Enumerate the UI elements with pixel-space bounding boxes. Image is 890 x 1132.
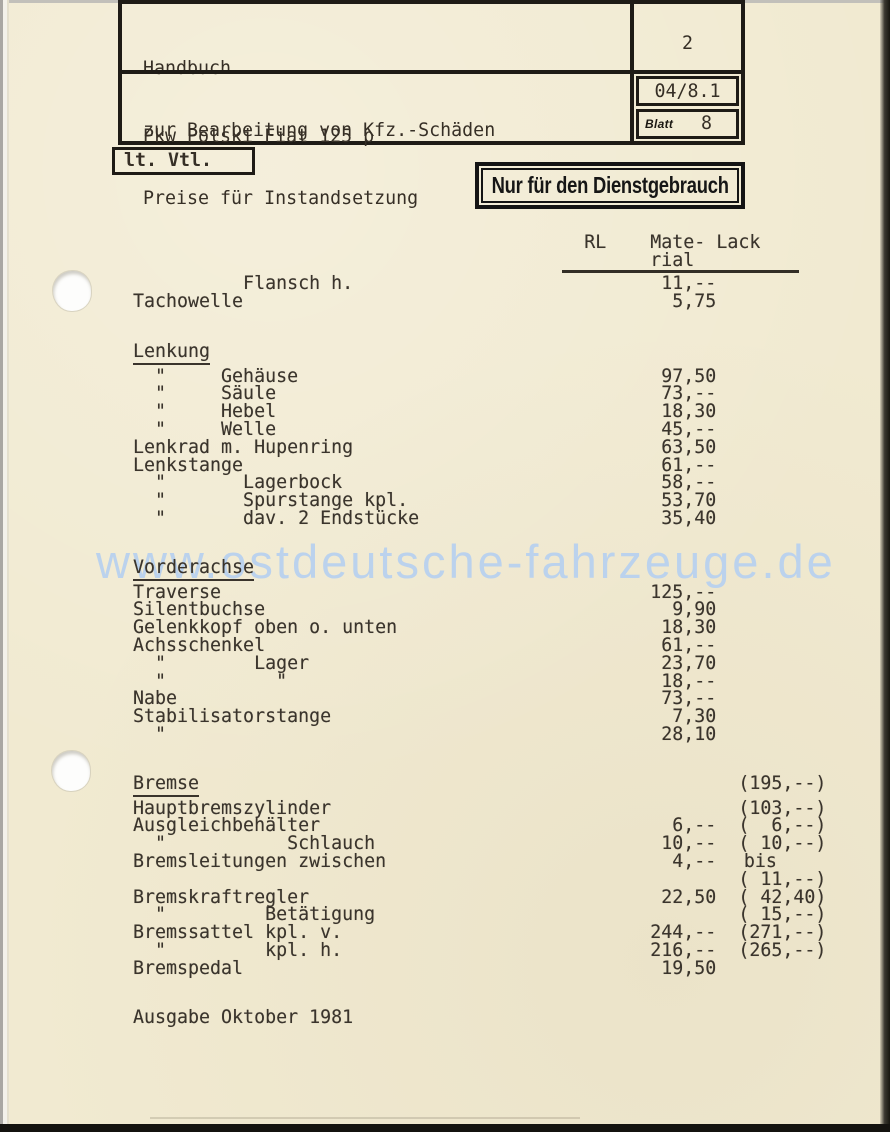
row-label: Bremsleitungen zwischen	[133, 851, 386, 872]
edition-text: Ausgabe Oktober 1981	[133, 1007, 353, 1028]
material-value: 4,--	[628, 853, 716, 871]
punch-hole-bottom	[52, 751, 90, 791]
section-title: Bremse	[133, 773, 199, 797]
edition-footer: Ausgabe Oktober 1981	[133, 1009, 873, 1027]
price-row: Stabilisatorstange7,30	[133, 708, 873, 726]
price-row: " dav. 2 Endstücke35,40	[133, 510, 873, 528]
col-header-rl: RL	[584, 234, 606, 252]
scanned-document-page: { "header": { "title_line1": "Handbuch",…	[0, 0, 890, 1132]
price-row: " "18,--	[133, 673, 873, 691]
price-row: Flansch h.11,--	[133, 275, 873, 293]
scan-right-edge	[880, 0, 890, 1132]
punch-hole-top	[53, 271, 91, 311]
row-label: "	[133, 724, 166, 745]
col-header-lack: Lack	[716, 234, 760, 252]
row-label: " dav. 2 Endstücke	[133, 508, 419, 529]
section-header-row: Lenkung	[133, 343, 873, 361]
price-row: Tachowelle5,75	[133, 293, 873, 311]
price-row: " kpl. h.216,--(265,--)	[133, 942, 873, 960]
material-value: 22,50	[628, 889, 716, 907]
row-label: Bremspedal	[133, 958, 243, 979]
scan-left-edge	[0, 0, 9, 1132]
price-row: Lenkrad m. Hupenring63,50	[133, 439, 873, 457]
material-value: 5,75	[628, 293, 716, 311]
lack-total-value: (195,--)	[738, 775, 826, 793]
material-value: 63,50	[628, 439, 716, 457]
price-row: Bremspedal19,50	[133, 960, 873, 978]
col-header-rial: rial	[650, 252, 694, 270]
row-label: Tachowelle	[133, 291, 243, 312]
section-header-row: Bremse(195,--)	[133, 775, 873, 793]
section-title: Vorderachse	[133, 557, 254, 581]
lack-value: ( 11,--)	[738, 871, 826, 889]
section-title: Lenkung	[133, 341, 210, 365]
scan-bottom-bar	[0, 1124, 890, 1132]
material-value: 35,40	[628, 510, 716, 528]
material-value: 28,10	[628, 726, 716, 744]
price-row: "28,10	[133, 726, 873, 744]
material-value: 23,70	[628, 655, 716, 673]
scan-artifact	[150, 1117, 580, 1119]
typed-content: RLMate-Lackrial Flansch h.11,--Tachowell…	[133, 0, 873, 1132]
section-header-row: Vorderachse	[133, 559, 873, 577]
material-value: 19,50	[628, 960, 716, 978]
lack-value: (265,--)	[738, 942, 826, 960]
